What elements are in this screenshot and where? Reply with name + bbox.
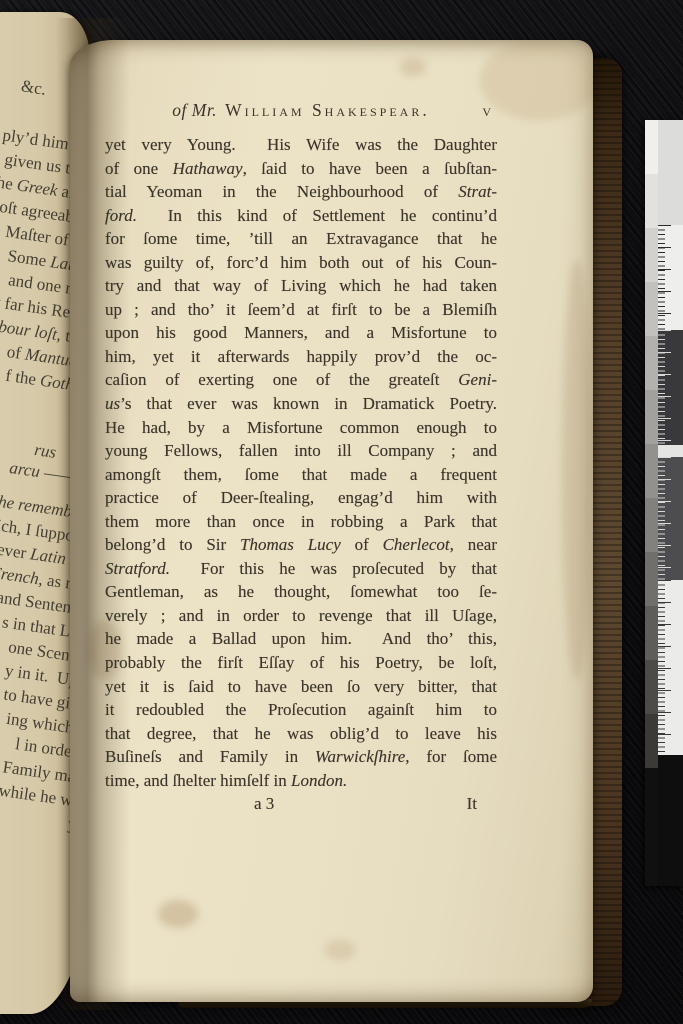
italic-text-segment: London. (291, 771, 347, 790)
text-segment: practice of Deer-ſtealing, engag’d him w… (105, 488, 497, 507)
body-text-line: tial Yeoman in the Neighbourhood of Stra… (105, 180, 497, 204)
ruler-segment (658, 225, 683, 330)
text-segment: yet very Young. His Wife was the Daughte… (105, 135, 497, 154)
body-text-line: time, and ſhelter himſelf in London. (105, 769, 497, 793)
italic-text-segment: Hathaway (173, 159, 243, 178)
text-segment: it redoubled the Proſecution againſt him… (105, 700, 497, 719)
text-segment: tial Yeoman in the Neighbourhood of (105, 182, 458, 201)
text-segment: try and that way of Living which he had … (105, 276, 497, 295)
text-segment: time, and ſhelter himſelf in (105, 771, 291, 790)
italic-text-segment: ford. (105, 206, 137, 225)
body-text-line: them more than once in robbing a Park th… (105, 510, 497, 534)
body-text-line: try and that way of Living which he had … (105, 274, 497, 298)
body-text-line: verely ; and in order to revenge that il… (105, 604, 497, 628)
italic-text-segment: rus (33, 440, 57, 462)
body-text-line: Stratford. For this he was proſecuted by… (105, 557, 497, 581)
text-segment: ’s that ever was known in Dramatick Poet… (120, 394, 497, 413)
body-text-line: up ; and tho’ it ſeem’d at firſt to be a… (105, 298, 497, 322)
text-segment: f the (4, 366, 41, 390)
body-text-line: him, yet it afterwards happily prov’d th… (105, 345, 497, 369)
ruler-long-ticks (658, 225, 671, 330)
ruler-long-ticks (658, 457, 671, 580)
page-number: v (482, 101, 491, 121)
stain (400, 58, 426, 76)
signature-mark: a 3 (254, 792, 274, 816)
gray-step (645, 606, 658, 660)
body-text-line: that degree, that he was oblig’d to leav… (105, 722, 497, 746)
text-segment: yet it is ſaid to have been ſo very bitt… (105, 677, 497, 696)
ruler-segment (658, 457, 683, 580)
body-text-line: ford. In this kind of Settlement he cont… (105, 204, 497, 228)
calibration-ruler (658, 120, 683, 886)
ruler-long-ticks (658, 330, 671, 445)
ruler-segment (658, 755, 683, 886)
italic-text-segment: Stratford. (105, 559, 170, 578)
body-text-line: amongſt them, ſome that made a frequent (105, 463, 497, 487)
text-segment: of one (105, 159, 173, 178)
text-segment: amongſt them, ſome that made a frequent (105, 465, 497, 484)
gray-step (645, 714, 658, 768)
body-text-line: yet it is ſaid to have been ſo very bitt… (105, 675, 497, 699)
stain (325, 940, 355, 960)
text-segment: him, yet it afterwards happily prov’d th… (105, 347, 497, 366)
text-segment: up ; and tho’ it ſeem’d at firſt to be a… (105, 300, 497, 319)
grayscale-calibration-strip (645, 120, 683, 886)
ruler-segment (658, 580, 683, 755)
gray-step (645, 390, 658, 444)
gray-step (645, 120, 658, 174)
italic-text-segment: Cherlecot (383, 535, 450, 554)
italic-text-segment: Latin (29, 544, 67, 568)
text-segment: probably the firſt Eſſay of his Poetry, … (105, 653, 497, 672)
text-segment: ever (0, 540, 32, 563)
text-segment: was guilty of, forc’d him both out of hi… (105, 253, 497, 272)
body-text-line: for ſome time, ’till an Extravagance tha… (105, 227, 497, 251)
text-segment: verely ; and in order to revenge that il… (105, 606, 497, 625)
header-title: William Shakespear. (225, 100, 430, 120)
gray-step (645, 552, 658, 606)
text-segment: he made a Ballad upon him. And tho’ this… (105, 629, 497, 648)
header-prefix: of Mr. (172, 100, 217, 120)
text-segment: young Fellows, fallen into ill Company ;… (105, 441, 497, 460)
italic-text-segment: French (0, 563, 40, 589)
italic-text-segment: arcu —— (8, 458, 75, 486)
text-segment: belong’d to Sir (105, 535, 240, 554)
italic-text-segment: Warwickſhire (315, 747, 405, 766)
ruler-segment (658, 330, 683, 445)
text-segment: caſion of exerting one of the greateſt (105, 370, 458, 389)
body-text-line: us’s that ever was known in Dramatick Po… (105, 392, 497, 416)
body-text-line: Gentleman, as he thought, ſomewhat too ſ… (105, 580, 497, 604)
body-text-line: belong’d to Sir Thomas Lucy of Cherlecot… (105, 533, 497, 557)
text-segment: , ſaid to have been a ſubſtan- (243, 159, 497, 178)
italic-text-segment: Geni- (458, 370, 497, 389)
gray-step (645, 768, 658, 886)
gray-step (645, 174, 658, 228)
italic-text-segment: us (105, 394, 120, 413)
ruler-long-ticks (658, 580, 671, 755)
gray-step (645, 498, 658, 552)
text-segment: In this kind of Settlement he continu’d (137, 206, 497, 225)
stain (158, 900, 198, 928)
body-text-line: caſion of exerting one of the greateſt G… (105, 368, 497, 392)
body-text-line: yet very Young. His Wife was the Daughte… (105, 133, 497, 157)
gray-step (645, 660, 658, 714)
gray-step-column (645, 120, 658, 886)
gray-step (645, 444, 658, 498)
text-segment: upon his good Manners, and a Misfortune … (105, 323, 497, 342)
stain (562, 260, 592, 680)
text-segment: For this he was proſecuted by that (170, 559, 497, 578)
text-segment: , for ſome (405, 747, 497, 766)
text-segment: He had, by a Misfortune common enough to (105, 418, 497, 437)
signature-row: a 3 It (105, 792, 497, 816)
catchword: It (467, 792, 477, 816)
body-text-line: it redoubled the Proſecution againſt him… (105, 698, 497, 722)
text-segment: for ſome time, ’till an Extravagance tha… (105, 229, 497, 248)
body-text-line: of one Hathaway, ſaid to have been a ſub… (105, 157, 497, 181)
body-text-line: young Fellows, fallen into ill Company ;… (105, 439, 497, 463)
gray-step (645, 228, 658, 282)
running-header: of Mr.William Shakespear. v (105, 100, 497, 126)
body-text-line: probably the firſt Eſſay of his Poetry, … (105, 651, 497, 675)
body-text-line: practice of Deer-ſtealing, engag’d him w… (105, 486, 497, 510)
italic-text-segment: Strat- (458, 182, 497, 201)
body-text-line: Buſineſs and Family in Warwickſhire, for… (105, 745, 497, 769)
ruler-segment (658, 445, 683, 457)
gray-step (645, 336, 658, 390)
gray-step (645, 282, 658, 336)
body-text-line: he made a Ballad upon him. And tho’ this… (105, 627, 497, 651)
body-text-block: yet very Young. His Wife was the Daughte… (105, 133, 497, 816)
recto-page: of Mr.William Shakespear. v yet very You… (70, 40, 593, 1002)
text-segment: of (341, 535, 383, 554)
text-segment: Gentleman, as he thought, ſomewhat too ſ… (105, 582, 497, 601)
body-text-line: upon his good Manners, and a Misfortune … (105, 321, 497, 345)
text-segment: Buſineſs and Family in (105, 747, 315, 766)
italic-text-segment: Greek (16, 175, 59, 200)
text-segment: that degree, that he was oblig’d to leav… (105, 724, 497, 743)
verso-header: &c. (0, 50, 48, 102)
book-photograph: &c. ply’d him ſogiven us thehe Greek and… (0, 0, 683, 1024)
text-segment: , near (450, 535, 497, 554)
body-text-line: was guilty of, forc’d him both out of hi… (105, 251, 497, 275)
ruler-segment (658, 120, 683, 225)
text-segment: them more than once in robbing a Park th… (105, 512, 497, 531)
body-text-line: He had, by a Misfortune common enough to (105, 416, 497, 440)
italic-text-segment: Thomas Lucy (240, 535, 341, 554)
